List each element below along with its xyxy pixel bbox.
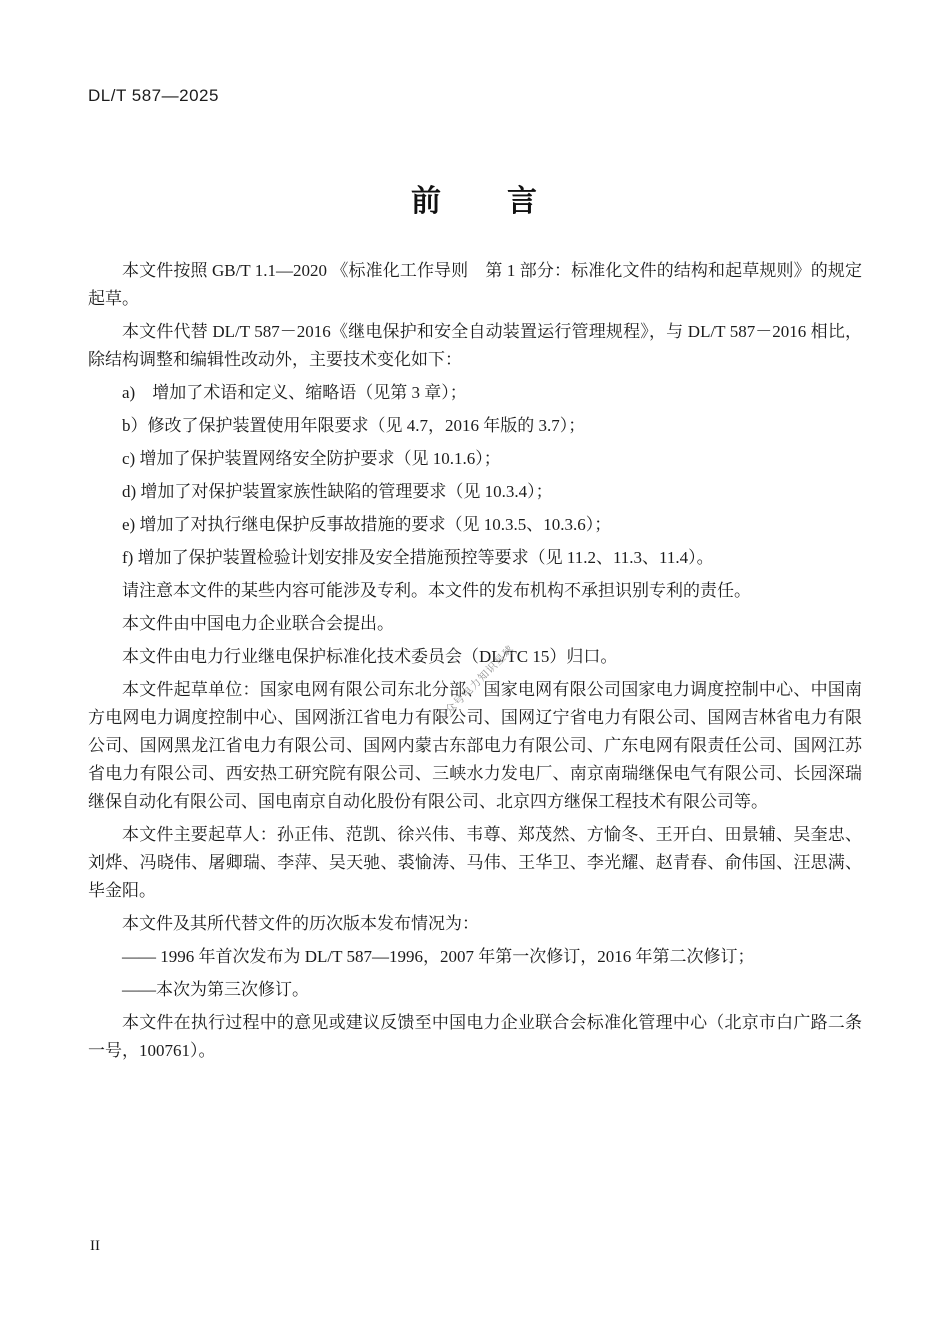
document-page: DL/T 587—2025 前 言 本文件按照 GB/T 1.1—2020 《标… — [0, 0, 950, 1343]
page-number: II — [90, 1238, 100, 1255]
paragraph: 本文件在执行过程中的意见或建议反馈至中国电力企业联合会标准化管理中心（北京市白广… — [88, 1009, 862, 1065]
paragraph: 本文件及其所代替文件的历次版本发布情况为： — [88, 910, 862, 938]
paragraph: b）修改了保护装置使用年限要求（见 4.7，2016 年版的 3.7）； — [88, 412, 862, 440]
paragraph: ——本次为第三次修订。 — [88, 976, 862, 1004]
paragraph: e) 增加了对执行继电保护反事故措施的要求（见 10.3.5、10.3.6）； — [88, 511, 862, 539]
paragraph: 本文件起草单位：国家电网有限公司东北分部、国家电网有限公司国家电力调度控制中心、… — [88, 676, 862, 816]
page-title: 前 言 — [0, 176, 950, 220]
paragraph: 本文件由中国电力企业联合会提出。 — [88, 610, 862, 638]
paragraph: 请注意本文件的某些内容可能涉及专利。本文件的发布机构不承担识别专利的责任。 — [88, 577, 862, 605]
standard-number-header: DL/T 587—2025 — [88, 86, 219, 106]
paragraph: 本文件按照 GB/T 1.1—2020 《标准化工作导则 第 1 部分：标准化文… — [88, 257, 862, 313]
paragraph: —— 1996 年首次发布为 DL/T 587—1996，2007 年第一次修订… — [88, 943, 862, 971]
paragraph: f) 增加了保护装置检验计划安排及安全措施预控等要求（见 11.2、11.3、1… — [88, 544, 862, 572]
document-body: 本文件按照 GB/T 1.1—2020 《标准化工作导则 第 1 部分：标准化文… — [88, 252, 862, 1070]
paragraph: a) 增加了术语和定义、缩略语（见第 3 章）； — [88, 379, 862, 407]
paragraph: 本文件由电力行业继电保护标准化技术委员会（DL/TC 15）归口。 — [88, 643, 862, 671]
paragraph: c) 增加了保护装置网络安全防护要求（见 10.1.6）； — [88, 445, 862, 473]
paragraph: d) 增加了对保护装置家族性缺陷的管理要求（见 10.3.4）； — [88, 478, 862, 506]
paragraph: 本文件主要起草人：孙正伟、范凯、徐兴伟、韦尊、郑茂然、方愉冬、王开白、田景辅、吴… — [88, 821, 862, 905]
paragraph: 本文件代替 DL/T 587－2016《继电保护和安全自动装置运行管理规程》，与… — [88, 318, 862, 374]
